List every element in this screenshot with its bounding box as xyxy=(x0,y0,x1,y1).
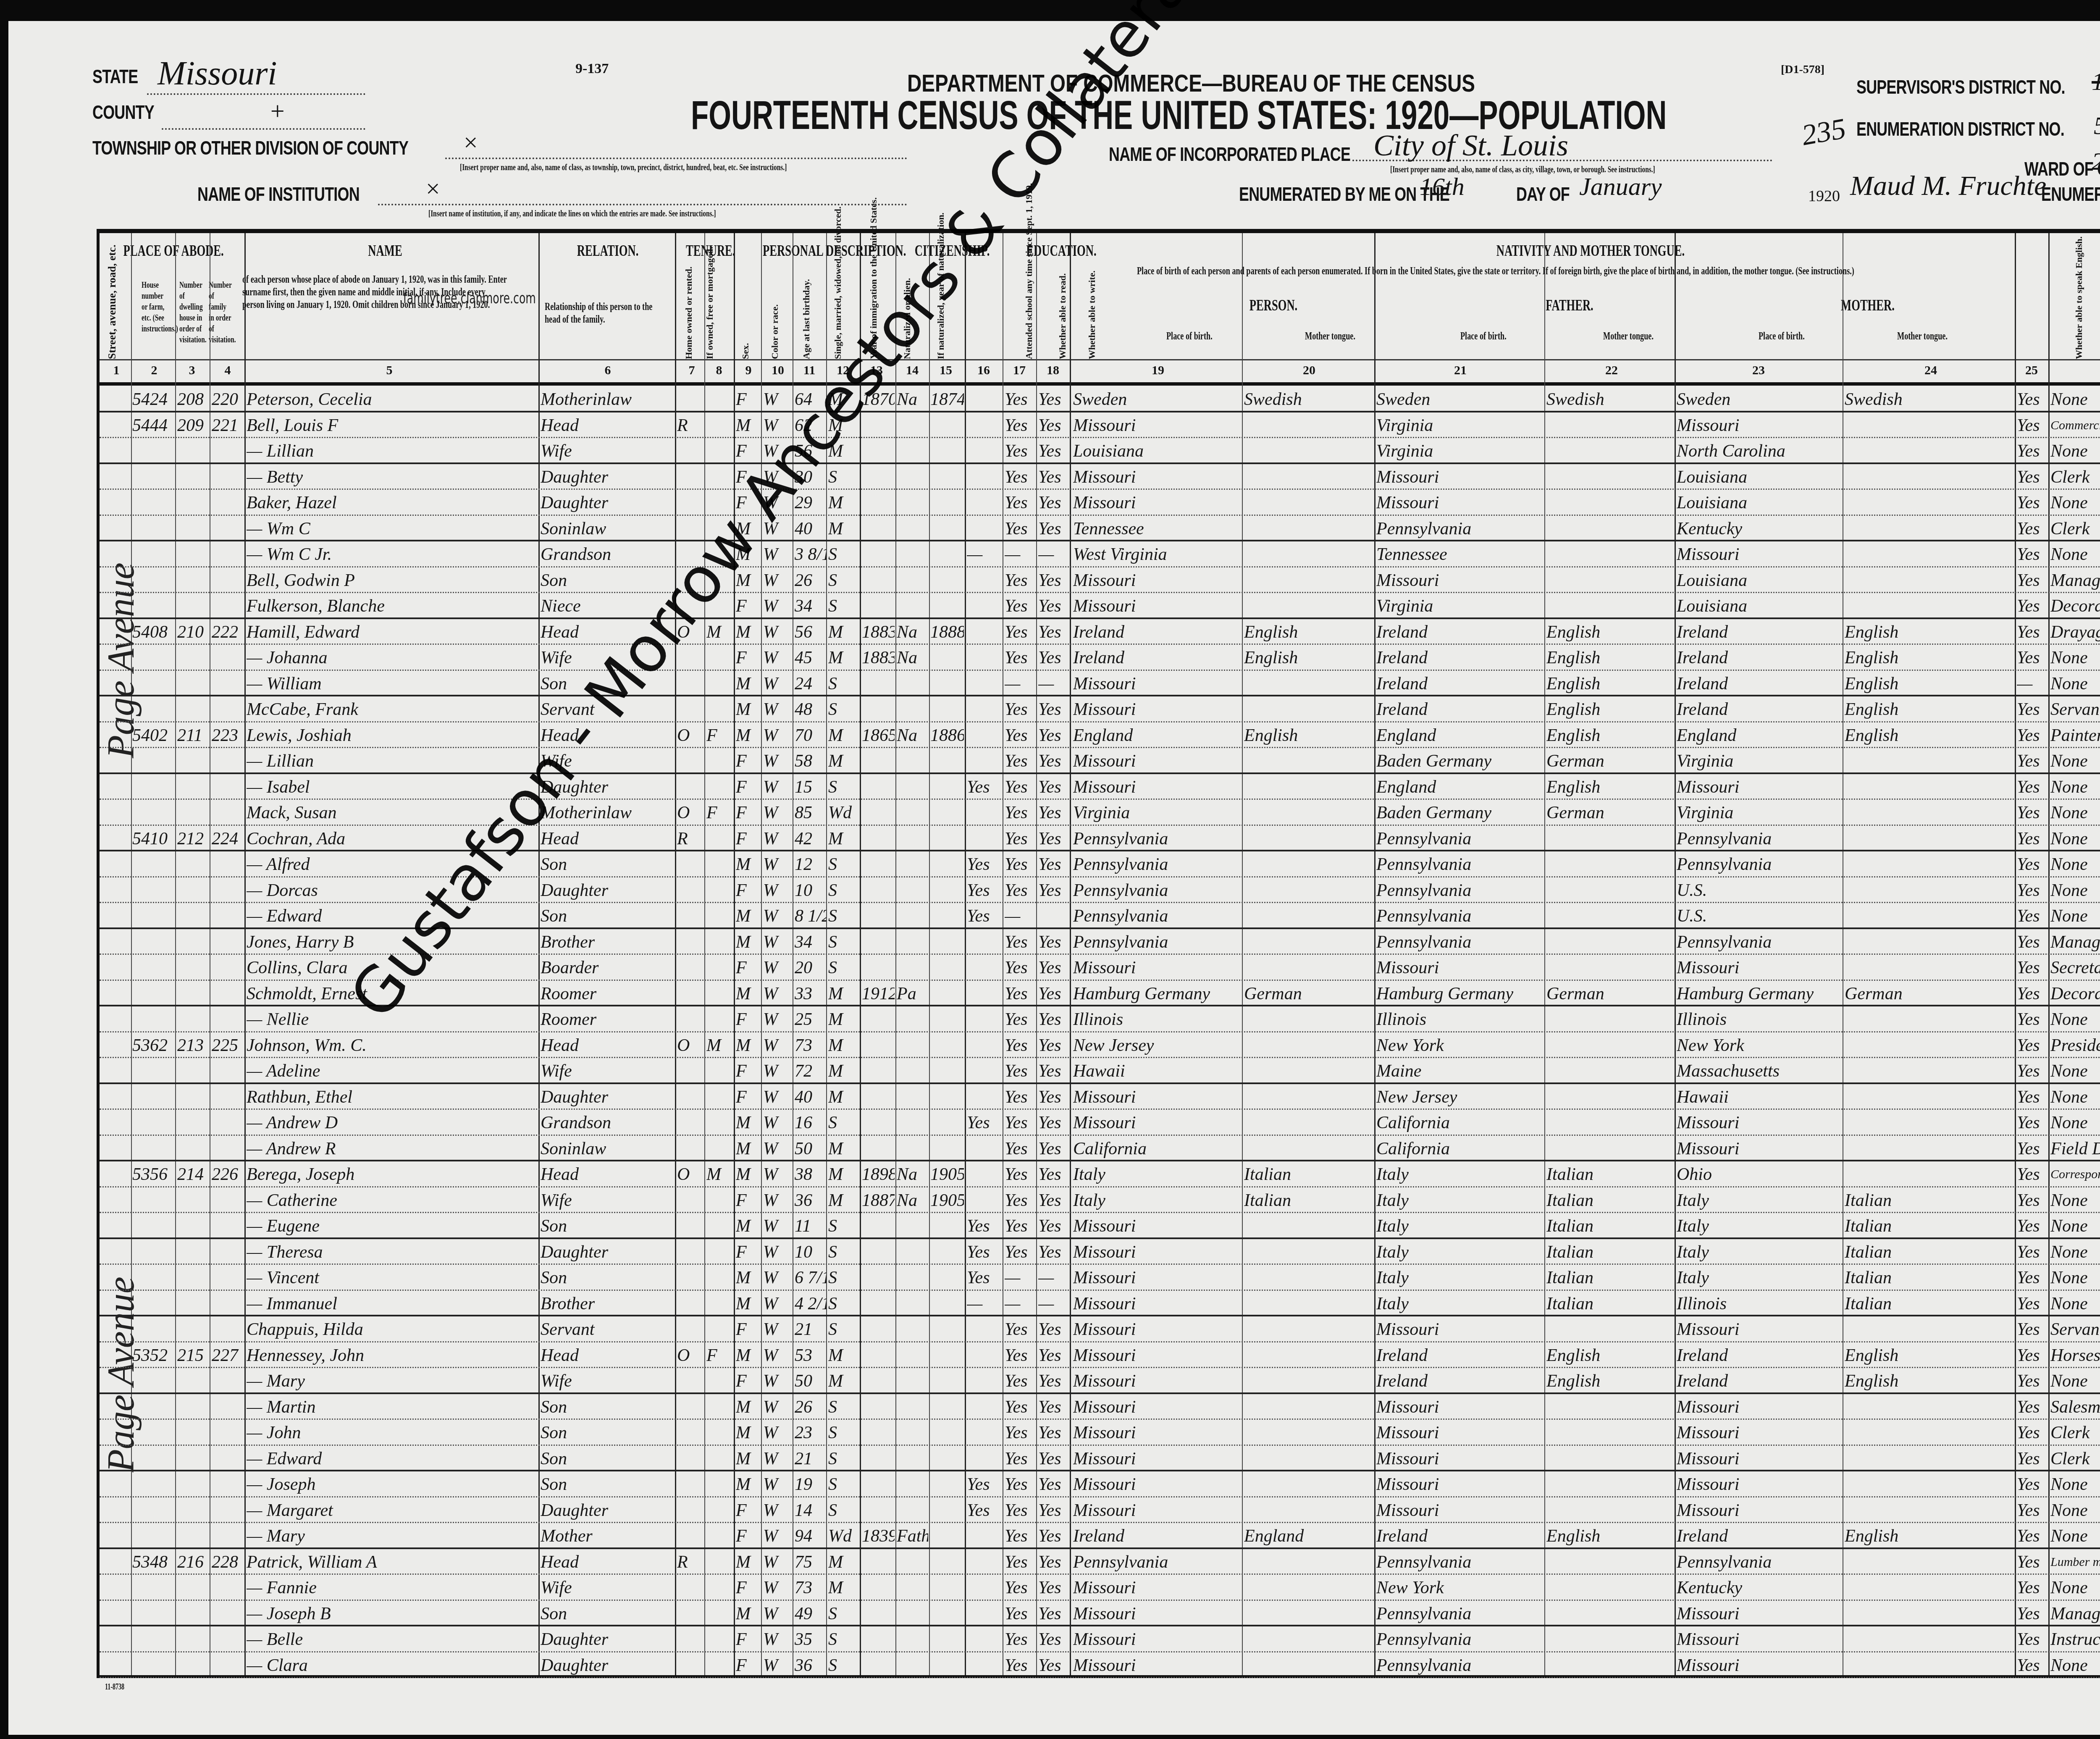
cell-race: W xyxy=(763,827,790,850)
cell-occupation: None xyxy=(2050,1499,2100,1522)
cell-able-to-write: Yes xyxy=(1038,827,1068,850)
cell-speaks-english: Yes xyxy=(2017,1447,2047,1470)
cell-person-name: Lewis, Joshiah xyxy=(247,724,536,747)
col-label-17: Whether able to read. xyxy=(1057,275,1068,359)
cell-able-to-read: Yes xyxy=(1005,1551,1035,1574)
cell-able-to-write: Yes xyxy=(1038,1111,1068,1134)
cell-free-mortgaged xyxy=(706,1396,732,1419)
cell-place-of-birth: Missouri xyxy=(1073,1576,1241,1599)
cell-mother-tongue xyxy=(1244,1499,1372,1522)
cell-family-number xyxy=(212,801,243,824)
cell-relation: Son xyxy=(541,1447,673,1470)
cell-father-birthplace: Pennsylvania xyxy=(1376,1602,1542,1625)
cell-relation: Daughter xyxy=(541,1628,673,1651)
cell-marital-status: S xyxy=(828,1421,858,1444)
cell-able-to-read: Yes xyxy=(1005,1473,1035,1496)
cell-speaks-english: Yes xyxy=(2017,517,2047,540)
cell-naturalized xyxy=(897,905,928,927)
cell-relation: Daughter xyxy=(541,1086,673,1109)
cell-father-birthplace: Italy xyxy=(1376,1189,1542,1212)
cell-sex: M xyxy=(736,1034,759,1057)
cell-able-to-read: Yes xyxy=(1005,956,1035,979)
enumeration-label: ENUMERATION DISTRICT NO. xyxy=(1856,118,2064,140)
cell-family-number: 225 xyxy=(212,1034,243,1057)
cell-able-to-write: Yes xyxy=(1038,466,1068,489)
cell-house-number: 5348 xyxy=(132,1551,173,1574)
cell-relation: Head xyxy=(541,414,673,437)
cell-immigration-year xyxy=(862,1215,895,1237)
cell-dwelling-number xyxy=(177,569,209,592)
cell-able-to-read: Yes xyxy=(1005,440,1035,462)
cell-father-birthplace: England xyxy=(1376,776,1542,799)
cell-mother-mother-tongue: English xyxy=(1845,1344,2013,1367)
cell-immigration-year: 1865 xyxy=(862,724,895,747)
cell-mother-mother-tongue xyxy=(1845,956,2013,979)
cell-father-tongue: English xyxy=(1546,1525,1672,1547)
cell-father-tongue xyxy=(1546,1396,1672,1419)
cell-naturalized xyxy=(897,956,928,979)
cell-attended-school: Yes xyxy=(967,1266,1001,1289)
cell-father-birthplace: Missouri xyxy=(1376,1396,1542,1419)
cell-speaks-english: Yes xyxy=(2017,1111,2047,1134)
cell-dwelling-number xyxy=(177,879,209,902)
cell-naturalized xyxy=(897,1034,928,1057)
cell-age: 4 2/12 xyxy=(795,1292,826,1315)
cell-occupation: Field Director xyxy=(2050,1137,2100,1160)
cell-age: 48 xyxy=(795,698,826,721)
cell-father-birthplace: Italy xyxy=(1376,1241,1542,1264)
cell-occupation: Manager xyxy=(2050,1602,2100,1625)
cell-mother-tongue: Italian xyxy=(1244,1163,1372,1186)
cell-marital-status: M xyxy=(828,982,858,1005)
cell-family-number xyxy=(212,1525,243,1547)
cell-immigration-year xyxy=(862,466,895,489)
cell-able-to-read: Yes xyxy=(1005,1396,1035,1419)
cell-mother-tongue xyxy=(1244,956,1372,979)
cell-occupation: None xyxy=(2050,905,2100,927)
cell-house-number xyxy=(132,466,173,489)
cell-person-name: — Theresa xyxy=(247,1241,536,1264)
cell-occupation: None xyxy=(2050,827,2100,850)
cell-mother-tongue xyxy=(1244,569,1372,592)
cell-naturalization-year xyxy=(930,956,964,979)
cell-race: W xyxy=(763,801,790,824)
cell-speaks-english: Yes xyxy=(2017,491,2047,514)
cell-place-of-birth: Ireland xyxy=(1073,621,1241,644)
colnum-4: 4 xyxy=(215,363,240,378)
table-row: Rathbun, EthelDaughterFW40MYesYesMissour… xyxy=(100,1084,2100,1110)
cell-age: 58 xyxy=(795,750,826,772)
cell-mother-tongue xyxy=(1244,1292,1372,1315)
cell-attended-school xyxy=(967,956,1001,979)
cell-relation: Wife xyxy=(541,1370,673,1392)
cell-father-tongue xyxy=(1546,1318,1672,1341)
enumeration-value: 580 xyxy=(2094,111,2100,140)
census-sheet: STATE Missouri COUNTY + TOWNSHIP OR OTHE… xyxy=(8,21,2100,1735)
cell-speaks-english: Yes xyxy=(2017,801,2047,824)
cell-immigration-year: 1887 xyxy=(862,1189,895,1212)
cell-family-number xyxy=(212,1060,243,1082)
cell-attended-school xyxy=(967,646,1001,669)
cell-house-number: 5408 xyxy=(132,621,173,644)
cell-able-to-read: Yes xyxy=(1005,1008,1035,1031)
table-row: Fulkerson, BlancheNieceFW34SYesYesMissou… xyxy=(100,593,2100,619)
cell-speaks-english: Yes xyxy=(2017,698,2047,721)
cell-mother-mother-tongue xyxy=(1845,491,2013,514)
cell-marital-status: S xyxy=(828,1396,858,1419)
cell-sex: M xyxy=(736,1163,759,1186)
cell-able-to-read: Yes xyxy=(1005,750,1035,772)
cell-race: W xyxy=(763,1447,790,1470)
cell-immigration-year xyxy=(862,1137,895,1160)
cell-attended-school xyxy=(967,1551,1001,1574)
cell-relation: Head xyxy=(541,827,673,850)
cell-family-number: 226 xyxy=(212,1163,243,1186)
cell-place-of-birth: New Jersey xyxy=(1073,1034,1241,1057)
cell-place-of-birth: Hamburg Germany xyxy=(1073,982,1241,1005)
cell-relation: Grandson xyxy=(541,543,673,566)
cell-attended-school xyxy=(967,1060,1001,1082)
cell-place-of-birth: Missouri xyxy=(1073,1266,1241,1289)
cell-mother-mother-tongue: Italian xyxy=(1845,1292,2013,1315)
cell-naturalized xyxy=(897,879,928,902)
cell-occupation: None xyxy=(2050,1111,2100,1134)
cell-family-number xyxy=(212,1266,243,1289)
cell-house-number xyxy=(132,1189,173,1212)
cell-sex: M xyxy=(736,1473,759,1496)
cell-mother-mother-tongue xyxy=(1845,750,2013,772)
cell-marital-status: M xyxy=(828,517,858,540)
cell-immigration-year xyxy=(862,491,895,514)
col-label-10: Color or race. xyxy=(769,275,780,359)
cell-sex: M xyxy=(736,698,759,721)
cell-mother-tongue xyxy=(1244,517,1372,540)
cell-attended-school xyxy=(967,414,1001,437)
cell-place-of-birth: Missouri xyxy=(1073,1241,1241,1264)
cell-dwelling-number: 216 xyxy=(177,1551,209,1574)
cell-immigration-year xyxy=(862,1473,895,1496)
cell-father-tongue xyxy=(1546,931,1672,954)
cell-free-mortgaged xyxy=(706,1060,732,1082)
cell-marital-status: Wd xyxy=(828,801,858,824)
cell-home-owned xyxy=(677,1654,702,1677)
cell-age: 20 xyxy=(795,956,826,979)
cell-mother-tongue xyxy=(1244,931,1372,954)
cell-naturalized xyxy=(897,1008,928,1031)
table-row: — VincentSonMW6 7/12SYes——MissouriItalyI… xyxy=(100,1265,2100,1291)
cell-age: 36 xyxy=(795,1654,826,1677)
cell-family-number: 224 xyxy=(212,827,243,850)
cell-speaks-english: Yes xyxy=(2017,1525,2047,1547)
cell-race: W xyxy=(763,698,790,721)
cell-sex: F xyxy=(736,1499,759,1522)
cell-person-name: — Andrew R xyxy=(247,1137,536,1160)
cell-person-name: — Belle xyxy=(247,1628,536,1651)
cell-mother-mother-tongue: English xyxy=(1845,646,2013,669)
cell-father-birthplace: Italy xyxy=(1376,1266,1542,1289)
table-row: — WilliamSonMW24S——MissouriIrelandEnglis… xyxy=(100,671,2100,697)
cell-race: W xyxy=(763,1370,790,1392)
cell-family-number xyxy=(212,466,243,489)
cell-mother-mother-tongue xyxy=(1845,414,2013,437)
cell-home-owned xyxy=(677,1215,702,1237)
cell-mother-mother-tongue: English xyxy=(1845,698,2013,721)
cell-able-to-write: Yes xyxy=(1038,414,1068,437)
cell-person-name: Patrick, William A xyxy=(247,1551,536,1574)
cell-free-mortgaged xyxy=(706,1421,732,1444)
cell-able-to-read: Yes xyxy=(1005,698,1035,721)
cell-marital-status: M xyxy=(828,827,858,850)
cell-naturalization-year xyxy=(930,1318,964,1341)
cell-father-tongue xyxy=(1546,1111,1672,1134)
cell-naturalized: Na xyxy=(897,1163,928,1186)
cell-person-name: — John xyxy=(247,1421,536,1444)
cell-race: W xyxy=(763,672,790,695)
cell-marital-status: M xyxy=(828,491,858,514)
col-label-16: Attended school any time since Sept. 1, … xyxy=(1024,275,1034,359)
cell-house-number xyxy=(132,1447,173,1470)
cell-free-mortgaged xyxy=(706,1111,732,1134)
cell-mother-tongue xyxy=(1244,698,1372,721)
cell-place-of-birth: Pennsylvania xyxy=(1073,853,1241,876)
cell-marital-status: S xyxy=(828,1654,858,1677)
cell-able-to-read: Yes xyxy=(1005,517,1035,540)
colnum-7: 7 xyxy=(681,363,702,378)
cell-family-number xyxy=(212,672,243,695)
cell-naturalization-year xyxy=(930,1266,964,1289)
cell-naturalization-year xyxy=(930,595,964,617)
cell-mother-birthplace: Missouri xyxy=(1677,1447,1840,1470)
cell-place-of-birth: Missouri xyxy=(1073,1499,1241,1522)
cell-mother-tongue: England xyxy=(1244,1525,1372,1547)
cell-dwelling-number xyxy=(177,1215,209,1237)
cell-house-number xyxy=(132,982,173,1005)
cell-dwelling-number xyxy=(177,1525,209,1547)
cell-place-of-birth: Missouri xyxy=(1073,750,1241,772)
cell-home-owned xyxy=(677,905,702,927)
cell-able-to-read: Yes xyxy=(1005,1654,1035,1677)
cell-free-mortgaged xyxy=(706,956,732,979)
cell-able-to-read: Yes xyxy=(1005,1034,1035,1057)
cell-able-to-read: Yes xyxy=(1005,853,1035,876)
cell-dwelling-number xyxy=(177,646,209,669)
cell-relation: Brother xyxy=(541,1292,673,1315)
cell-occupation: None xyxy=(2050,776,2100,799)
cell-age: 94 xyxy=(795,1525,826,1547)
colnum-15: 15 xyxy=(933,363,958,378)
cell-sex: F xyxy=(736,801,759,824)
cell-dwelling-number: 211 xyxy=(177,724,209,747)
cell-father-birthplace: Ireland xyxy=(1376,1344,1542,1367)
cell-free-mortgaged xyxy=(706,1266,732,1289)
cell-person-name: Hennessey, John xyxy=(247,1344,536,1367)
cell-occupation: None xyxy=(2050,1525,2100,1547)
cell-marital-status: M xyxy=(828,1163,858,1186)
cell-house-number xyxy=(132,1628,173,1651)
cell-attended-school xyxy=(967,1602,1001,1625)
cell-able-to-write xyxy=(1038,905,1068,927)
cell-speaks-english: Yes xyxy=(2017,1396,2047,1419)
cell-house-number xyxy=(132,646,173,669)
cell-mother-tongue: Italian xyxy=(1244,1189,1372,1212)
cell-immigration-year xyxy=(862,672,895,695)
cell-marital-status: S xyxy=(828,672,858,695)
cell-free-mortgaged: M xyxy=(706,1034,732,1057)
cell-mother-mother-tongue: Italian xyxy=(1845,1266,2013,1289)
group-father: FATHER. xyxy=(1467,296,1672,315)
cell-speaks-english: Yes xyxy=(2017,905,2047,927)
cell-marital-status: M xyxy=(828,1370,858,1392)
cell-age: 19 xyxy=(795,1473,826,1496)
cell-immigration-year xyxy=(862,956,895,979)
cell-family-number xyxy=(212,1292,243,1315)
cell-speaks-english: Yes xyxy=(2017,595,2047,617)
cell-family-number xyxy=(212,750,243,772)
cell-naturalization-year xyxy=(930,982,964,1005)
cell-place-of-birth: California xyxy=(1073,1137,1241,1160)
cell-marital-status: S xyxy=(828,698,858,721)
cell-race: W xyxy=(763,1654,790,1677)
cell-speaks-english: Yes xyxy=(2017,1421,2047,1444)
cell-race: W xyxy=(763,931,790,954)
cell-able-to-read: — xyxy=(1005,1292,1035,1315)
cell-marital-status: M xyxy=(828,646,858,669)
table-row: 5408210222Hamill, EdwardHeadOMMW56M1883N… xyxy=(100,619,2100,645)
cell-mother-birthplace: Ireland xyxy=(1677,1370,1840,1392)
cell-father-birthplace: Missouri xyxy=(1376,1421,1542,1444)
cell-father-birthplace: Pennsylvania xyxy=(1376,1628,1542,1651)
cell-mother-mother-tongue: Italian xyxy=(1845,1215,2013,1237)
cell-attended-school xyxy=(967,1137,1001,1160)
cell-able-to-read: Yes xyxy=(1005,827,1035,850)
cell-naturalized xyxy=(897,750,928,772)
table-row: — ImmanuelBrotherMW4 2/12S———MissouriIta… xyxy=(100,1291,2100,1317)
cell-dwelling-number xyxy=(177,1318,209,1341)
cell-family-number xyxy=(212,491,243,514)
cell-sex: F xyxy=(736,750,759,772)
cell-place-of-birth: Missouri xyxy=(1073,1473,1241,1496)
cell-sex: M xyxy=(736,1602,759,1625)
cell-able-to-read: Yes xyxy=(1005,414,1035,437)
cell-attended-school xyxy=(967,698,1001,721)
cell-speaks-english: Yes xyxy=(2017,1241,2047,1264)
cell-sex: F xyxy=(736,1576,759,1599)
cell-naturalized xyxy=(897,543,928,566)
cell-mother-tongue xyxy=(1244,440,1372,462)
cell-mother-tongue xyxy=(1244,1396,1372,1419)
cell-immigration-year xyxy=(862,1602,895,1625)
cell-able-to-write: Yes xyxy=(1038,1060,1068,1082)
cell-able-to-write: Yes xyxy=(1038,1628,1068,1651)
cell-speaks-english: Yes xyxy=(2017,1086,2047,1109)
cell-naturalization-year xyxy=(930,466,964,489)
cell-father-tongue: English xyxy=(1546,724,1672,747)
cell-naturalization-year xyxy=(930,1421,964,1444)
cell-family-number xyxy=(212,956,243,979)
cell-speaks-english: Yes xyxy=(2017,414,2047,437)
cell-father-birthplace: New York xyxy=(1376,1576,1542,1599)
cell-occupation: None xyxy=(2050,1292,2100,1315)
cell-relation: Head xyxy=(541,1163,673,1186)
cell-attended-school: Yes xyxy=(967,879,1001,902)
institution-value: × xyxy=(424,174,441,203)
cell-sex: M xyxy=(736,1111,759,1134)
cell-father-birthplace: Ireland xyxy=(1376,621,1542,644)
cell-father-birthplace: Italy xyxy=(1376,1215,1542,1237)
cell-mother-birthplace: New York xyxy=(1677,1034,1840,1057)
cell-father-tongue xyxy=(1546,1034,1672,1057)
cell-person-name: — Edward xyxy=(247,1447,536,1470)
cell-father-tongue xyxy=(1546,569,1672,592)
cell-person-name: — Adeline xyxy=(247,1060,536,1082)
cell-home-owned xyxy=(677,1060,702,1082)
cell-house-number: 5352 xyxy=(132,1344,173,1367)
table-row: — Wm C Jr.GrandsonMW3 8/12S———West Virgi… xyxy=(100,541,2100,567)
cell-father-birthplace: Virginia xyxy=(1376,414,1542,437)
cell-marital-status: M xyxy=(828,1576,858,1599)
cell-naturalization-year xyxy=(930,1008,964,1031)
cell-mother-mother-tongue xyxy=(1845,1086,2013,1109)
cell-mother-mother-tongue xyxy=(1845,1137,2013,1160)
cell-free-mortgaged xyxy=(706,1292,732,1315)
cell-house-number: 5356 xyxy=(132,1163,173,1186)
cell-sex: F xyxy=(736,1370,759,1392)
cell-immigration-year xyxy=(862,879,895,902)
cell-person-name: Fulkerson, Blanche xyxy=(247,595,536,617)
cell-marital-status: M xyxy=(828,724,858,747)
cell-immigration-year xyxy=(862,1034,895,1057)
cell-house-number xyxy=(132,1060,173,1082)
cell-free-mortgaged xyxy=(706,1189,732,1212)
cell-speaks-english: Yes xyxy=(2017,724,2047,747)
cell-naturalized xyxy=(897,931,928,954)
table-row: — Wm CSoninlawMW40MYesYesTennesseePennsy… xyxy=(100,516,2100,542)
state-value: Missouri xyxy=(157,55,277,93)
cell-naturalization-year xyxy=(930,414,964,437)
table-row: — Joseph BSonMW49SYesYesMissouriPennsylv… xyxy=(100,1601,2100,1627)
cell-able-to-write: Yes xyxy=(1038,1086,1068,1109)
colnum-10: 10 xyxy=(765,363,790,378)
cell-house-number: 5402 xyxy=(132,724,173,747)
cell-free-mortgaged xyxy=(706,1447,732,1470)
cell-race: W xyxy=(763,1576,790,1599)
cell-age: 36 xyxy=(795,1189,826,1212)
cell-speaks-english: Yes xyxy=(2017,1654,2047,1677)
cell-person-name: — Clara xyxy=(247,1654,536,1677)
cell-house-number xyxy=(132,1473,173,1496)
cell-immigration-year xyxy=(862,1396,895,1419)
incorporated-place-value: City of St. Louis xyxy=(1373,128,1568,163)
cell-family-number xyxy=(212,853,243,876)
cell-place-of-birth: Missouri xyxy=(1073,569,1241,592)
cell-able-to-read: Yes xyxy=(1005,1525,1035,1547)
cell-home-owned xyxy=(677,1576,702,1599)
cell-relation: Head xyxy=(541,1034,673,1057)
cell-age: 38 xyxy=(795,1163,826,1186)
cell-place-of-birth: Tennessee xyxy=(1073,517,1241,540)
cell-immigration-year xyxy=(862,1060,895,1082)
cell-mother-birthplace: Missouri xyxy=(1677,1421,1840,1444)
cell-able-to-read: Yes xyxy=(1005,1189,1035,1212)
cell-naturalized: Na xyxy=(897,1189,928,1212)
cell-mother-birthplace: Missouri xyxy=(1677,1137,1840,1160)
cell-dwelling-number xyxy=(177,1111,209,1134)
cell-house-number xyxy=(132,1292,173,1315)
cell-race: W xyxy=(763,956,790,979)
cell-place-of-birth: Missouri xyxy=(1073,595,1241,617)
form-number: 9-137 xyxy=(575,61,609,77)
township-value: × xyxy=(462,128,479,157)
